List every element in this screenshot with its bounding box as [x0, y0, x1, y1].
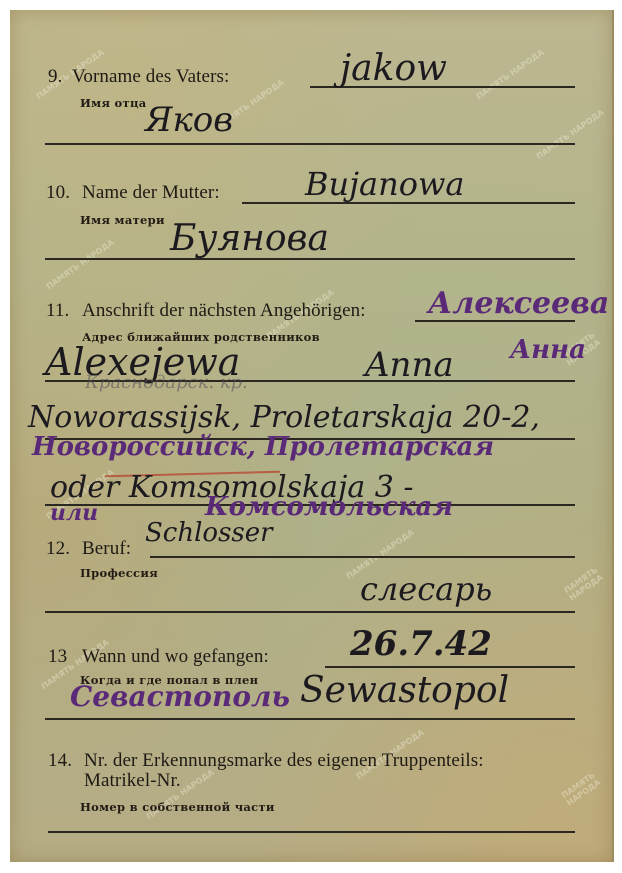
field-14-line	[48, 831, 575, 833]
field-11-handwriting-firstname-ru: Анна	[510, 335, 586, 365]
field-10-handwriting-cyrillic: Буянова	[170, 218, 329, 259]
field-11-number: 11.	[46, 300, 69, 322]
field-13-handwriting-date: 26.7.42	[350, 624, 492, 664]
field-11-handwriting-or-ru: или	[50, 500, 98, 526]
field-14-label-de: Nr. der Erkennungsmarke des eigenen Trup…	[84, 750, 484, 772]
field-13-line	[325, 666, 575, 668]
field-11-handwriting-region: Краснодарск. кр.	[85, 372, 248, 393]
field-14-label-de-2: Matrikel-Nr.	[84, 770, 181, 792]
field-11-handwriting-firstname: Anna	[365, 345, 454, 385]
document-card: ПАМЯТЬ НАРОДА ПАМЯТЬ НАРОДА ПАМЯТЬ НАРОД…	[10, 10, 614, 862]
field-12-handwriting-cyrillic: слесарь	[360, 570, 492, 608]
watermark: ПАМЯТЬ НАРОДА	[475, 48, 546, 101]
field-13-line-2	[45, 718, 575, 720]
field-11-handwriting-surname-ru: Алексеева	[428, 286, 609, 321]
field-13-handwriting-place: Sewastopol	[300, 670, 509, 711]
field-13-handwriting-place-ru: Севастополь	[70, 680, 290, 713]
field-12-handwriting-latin: Schlosser	[145, 518, 273, 548]
field-9-handwriting-latin: jakow	[340, 48, 447, 89]
field-10-number: 10.	[46, 182, 70, 204]
field-9-line-2	[45, 143, 575, 145]
field-12-line	[150, 556, 575, 558]
field-14-number: 14.	[48, 750, 72, 772]
field-9-label-ru: Имя отца	[80, 96, 147, 110]
field-12-label-ru: Профессия	[80, 566, 158, 580]
field-12-label-de: Beruf:	[82, 538, 131, 560]
field-12-line-2	[45, 611, 575, 613]
field-9-handwriting-cyrillic: Яков	[145, 100, 233, 140]
field-10-label-ru: Имя матери	[80, 213, 165, 227]
field-9-number: 9.	[48, 66, 62, 88]
field-12-number: 12.	[46, 538, 70, 560]
watermark: ПАМЯТЬ НАРОДА	[535, 108, 606, 161]
field-10-handwriting-latin: Bujanowa	[305, 165, 464, 203]
field-10-line-2	[45, 258, 575, 260]
field-11-handwriting-address-1: Nowo­rassijsk, Proletarskaja 20-2,	[28, 400, 540, 435]
watermark: ПАМЯТЬ НАРОДА	[45, 238, 116, 291]
field-9-label-de: Vorname des Vaters:	[72, 66, 229, 88]
field-14-label-ru: Номер в собственной части	[80, 800, 275, 814]
field-11-handwriting-address-1-ru: Новороссийск, Пролетарская	[32, 432, 494, 462]
watermark: ПАМЯТЬ НАРОДА	[550, 764, 611, 814]
field-10-label-de: Name der Mutter:	[82, 182, 220, 204]
field-11-label-de: Anschrift der nächsten Angehörigen:	[82, 300, 366, 322]
field-13-number: 13	[48, 646, 67, 668]
field-13-label-de: Wann und wo gefangen:	[82, 646, 269, 668]
watermark: ПАМЯТЬ НАРОДА	[555, 560, 612, 607]
